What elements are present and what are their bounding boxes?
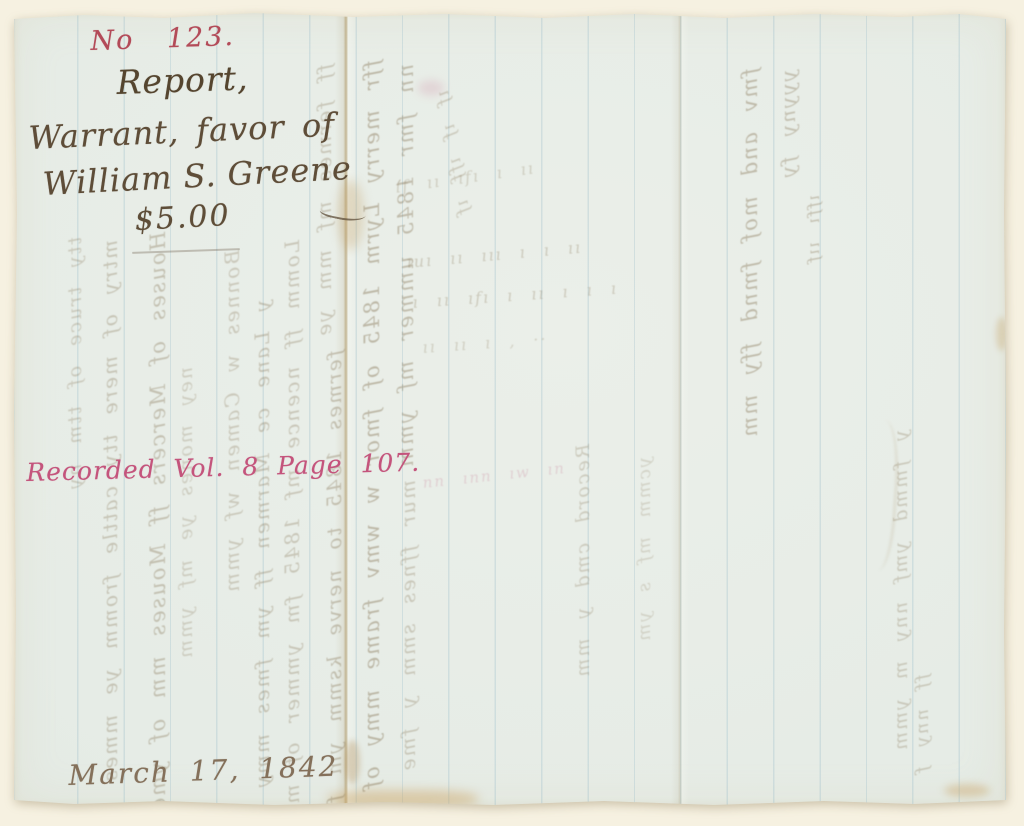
- docket-number: No 123.: [90, 23, 235, 55]
- bleedthrough-script: Bonnes w Camen wf ymm: [222, 250, 242, 560]
- bleedthrough-script: ıffı ııf: [806, 195, 822, 280]
- bleedthrough-script: tty truce of ttm ny: [66, 237, 85, 487]
- bleedthrough-script: yyyny fy: [778, 70, 798, 235]
- fold-crease-right: [671, 12, 689, 806]
- bleedthrough-script: ffr merry Lyrm 1845 of fmor w wmv frame …: [362, 60, 383, 805]
- bleedthrough-script: mur ffnes smm y fme: [398, 480, 418, 785]
- docket-amount: $5.00: [134, 201, 231, 236]
- bleedthrough-script: ycmm mf s ym: [636, 457, 654, 687]
- bleedthrough-script: y Lane ce Marmen ff ym fmes mmy: [252, 300, 272, 785]
- bleedthrough-script: ff nny f: [914, 674, 932, 799]
- bleedthrough-script: fermes 1845 to nerve ksmm ym fmm: [324, 350, 344, 795]
- bleedthrough-script: Houses of Mercers ff Mouses mm of ymes f…: [148, 232, 169, 777]
- bleedthrough-script: Lomm ff ncence mf 1845 fm ymmer of mm: [282, 240, 302, 785]
- bleedthrough-script: ney mones ye mf ymm: [177, 367, 196, 667]
- document-paper: tty truce of ttm nymtry of mere tty catt…: [14, 12, 1006, 806]
- bleedthrough-script: ff fermes mf mm ye: [314, 64, 334, 314]
- docket-title: Report,: [116, 61, 249, 99]
- bleedthrough-script: Record cmd y mm: [574, 444, 593, 694]
- bleedthrough-script: fmv and mof fmnd ffy mm: [740, 68, 761, 428]
- scan-backdrop: tty truce of ttm nymtry of mere tty catt…: [0, 0, 1024, 826]
- bleedthrough-script: y fmmd ymf nny m ymm: [892, 430, 911, 775]
